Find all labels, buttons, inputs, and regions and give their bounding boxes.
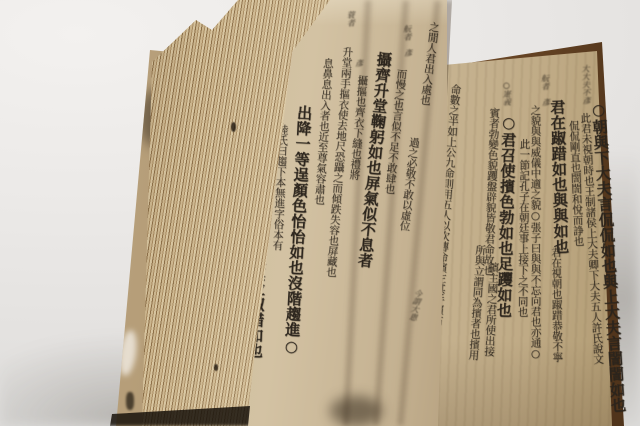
- head-note-column: 蓑者𧻓: [346, 11, 356, 35]
- head-note-column: 𦨞者𧻓彥: [403, 25, 413, 57]
- head-note-column: 彥: [354, 59, 363, 67]
- text-column: 君在踧踖如也與與如也: [548, 99, 569, 254]
- text-column: 過之必敬不敢以虛位: [397, 136, 420, 231]
- cover-mark: [126, 392, 134, 410]
- head-note-column: 今謂大悤: [408, 288, 423, 321]
- text-column: 君在視朝也踧踖恭敬不寧: [550, 247, 564, 363]
- edge-speck: [214, 364, 218, 371]
- text-column: 此一節記孔子在朝廷事上接下之不同也: [517, 138, 531, 317]
- text-column: 之閒人君出入處也: [418, 21, 440, 106]
- photo-of-open-manuscript: 大大夫不彥𦨞者𧻓彥○寁義○朝與下大夫言侃侃如也與上大夫言誾誾如也此君未視朝時也王…: [0, 0, 640, 426]
- text-column: 之貌與與威儀中適之貌○張子曰與與不忘向君也亦通○: [529, 105, 541, 360]
- head-note-column: 大大夫不彥: [581, 64, 591, 104]
- bottom-gutter-shadow: [330, 396, 382, 426]
- head-note-column: ○寁義: [502, 81, 512, 106]
- edge-speck: [231, 122, 236, 132]
- right-page-text: 大大夫不彥𦨞者𧻓彥○寁義○朝與下大夫言侃侃如也與上大夫言誾誾如也此君未視朝時也王…: [436, 52, 630, 426]
